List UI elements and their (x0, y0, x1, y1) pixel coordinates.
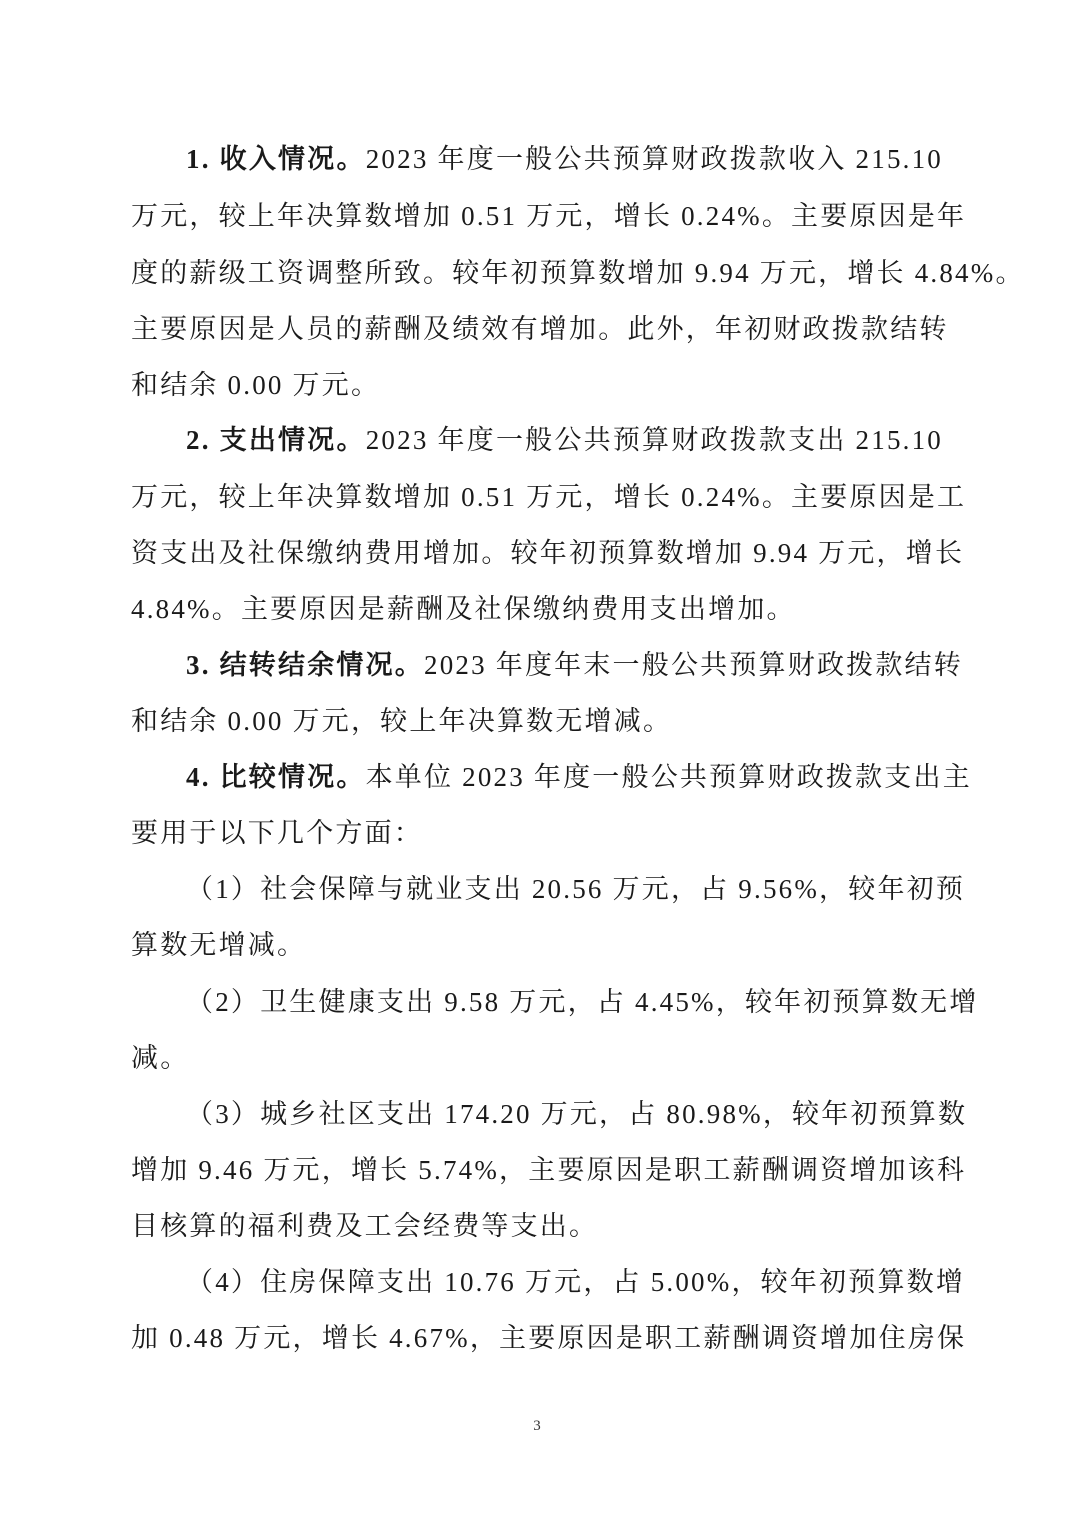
paragraph-line: 主要原因是人员的薪酬及绩效有增加。此外，年初财政拨款结转 (131, 311, 943, 347)
paragraph-line: 算数无增减。 (131, 927, 943, 963)
paragraph-line: 减。 (131, 1040, 943, 1076)
paragraph-line: 万元，较上年决算数增加 0.51 万元，增长 0.24%。主要原因是年 (131, 198, 943, 234)
page-number: 3 (0, 1418, 1074, 1435)
section-heading: 4. 比较情况。 (186, 762, 366, 792)
paragraph-line: 和结余 0.00 万元。 (131, 367, 943, 403)
section-heading: 3. 结转结余情况。 (186, 650, 424, 680)
paragraph-line: 4. 比较情况。本单位 2023 年度一般公共预算财政拨款支出主 (186, 759, 943, 795)
document-page: 1. 收入情况。2023 年度一般公共预算财政拨款收入 215.10 万元，较上… (0, 0, 1074, 1520)
paragraph-line: 和结余 0.00 万元，较上年决算数无增减。 (131, 703, 943, 739)
paragraph-line: （1）社会保障与就业支出 20.56 万元，占 9.56%，较年初预 (186, 871, 943, 907)
paragraph-line: 增加 9.46 万元，增长 5.74%，主要原因是职工薪酬调资增加该科 (131, 1152, 943, 1188)
paragraph-line: 度的薪级工资调整所致。较年初预算数增加 9.94 万元，增长 4.84%。 (131, 255, 943, 291)
paragraph-line: 3. 结转结余情况。2023 年度年末一般公共预算财政拨款结转 (186, 647, 943, 683)
paragraph-line: 2. 支出情况。2023 年度一般公共预算财政拨款支出 215.10 (186, 422, 943, 458)
paragraph-line: 1. 收入情况。2023 年度一般公共预算财政拨款收入 215.10 (186, 141, 943, 177)
section-heading: 2. 支出情况。 (186, 425, 366, 455)
paragraph-line: 万元，较上年决算数增加 0.51 万元，增长 0.24%。主要原因是工 (131, 479, 943, 515)
paragraph-line: 加 0.48 万元，增长 4.67%，主要原因是职工薪酬调资增加住房保 (131, 1320, 943, 1356)
paragraph-line: （4）住房保障支出 10.76 万元，占 5.00%，较年初预算数增 (186, 1264, 943, 1300)
section-heading: 1. 收入情况。 (186, 144, 366, 174)
paragraph-line: （2）卫生健康支出 9.58 万元，占 4.45%，较年初预算数无增 (186, 984, 943, 1020)
paragraph-line: （3）城乡社区支出 174.20 万元，占 80.98%，较年初预算数 (186, 1096, 943, 1132)
paragraph-line: 要用于以下几个方面： (131, 815, 943, 851)
paragraph-line: 4.84%。主要原因是薪酬及社保缴纳费用支出增加。 (131, 591, 943, 627)
paragraph-line: 目核算的福利费及工会经费等支出。 (131, 1208, 943, 1244)
paragraph-line: 资支出及社保缴纳费用增加。较年初预算数增加 9.94 万元，增长 (131, 535, 943, 571)
